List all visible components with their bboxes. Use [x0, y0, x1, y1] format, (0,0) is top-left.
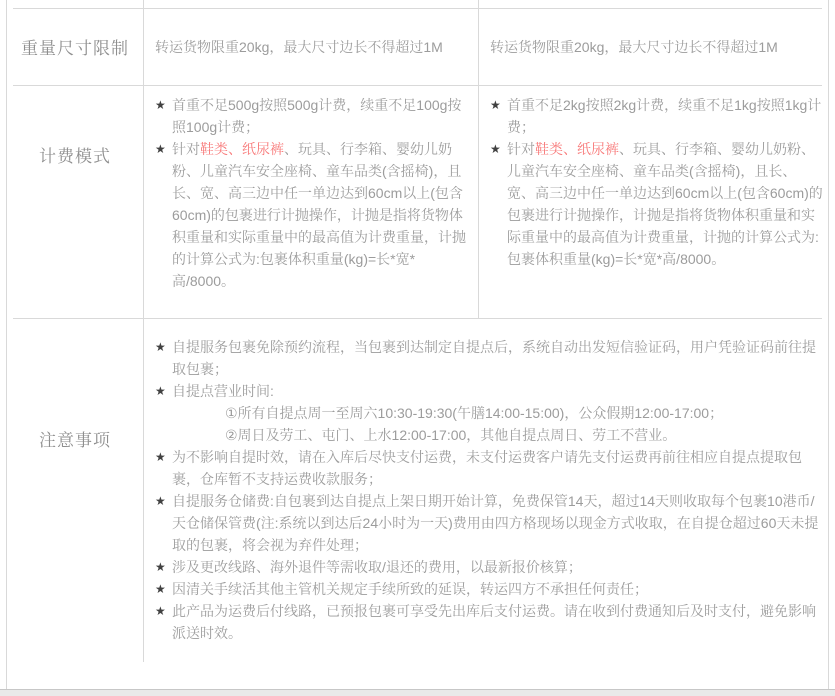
page-bottom-strip: [0, 690, 835, 696]
note-item: ★ 自提点营业时间:: [155, 380, 821, 402]
shipping-info-table: 重量尺寸限制 转运货物限重20kg，最大尺寸边长不得超过1M 转运货物限重20k…: [0, 0, 835, 696]
row-label-billing-mode: 计费模式: [7, 142, 143, 167]
star-icon: ★: [155, 94, 172, 116]
row-label-weight-limit: 重量尺寸限制: [7, 8, 143, 85]
billing-item-text: 首重不足2kg按照2kg计费，续重不足1kg按照1kg计费；: [507, 94, 823, 138]
billing-item-text: 针对鞋类、纸尿裤、玩具、行李箱、婴幼儿奶粉、儿童汽车安全座椅、童车品类(含摇椅)…: [507, 138, 823, 270]
note-item-text: 为不影响自提时效，请在入库后尽快支付运费，未支付运费客户请先支付运费再前往相应自…: [172, 446, 821, 490]
weight-limit-text: 转运货物限重20kg，最大尺寸边长不得超过1M: [490, 36, 778, 58]
label-column-divider: [143, 0, 144, 662]
star-icon: ★: [155, 600, 172, 622]
star-icon: ★: [155, 490, 172, 512]
table-right-border: [828, 0, 829, 689]
weight-limit-col2: 转运货物限重20kg，最大尺寸边长不得超过1M: [490, 8, 822, 85]
content-column-divider: [478, 0, 479, 318]
billing-item: ★ 首重不足500g按照500g计费，续重不足100g按照100g计费；: [155, 94, 472, 138]
text-part: 针对: [507, 141, 535, 157]
star-icon: ★: [155, 336, 172, 358]
note-item-text: 因清关手续活其他主管机关规定手续所致的延误，转运四方不承担任何责任；: [172, 578, 821, 600]
weight-limit-col1: 转运货物限重20kg，最大尺寸边长不得超过1M: [155, 8, 471, 85]
highlighted-categories: 鞋类、纸尿裤: [535, 141, 619, 157]
note-item-text: 此产品为运费后付线路，已预报包裹可享受先出库后支付运费。请在收到付费通知后及时支…: [172, 600, 821, 644]
billing-item: ★ 针对鞋类、纸尿裤、玩具、行李箱、婴幼儿奶粉、儿童汽车安全座椅、童车品类(含摇…: [155, 138, 472, 292]
note-item: ★ 自提服务仓储费:自包裹到达自提点上架日期开始计算，免费保管14天，超过14天…: [155, 490, 821, 556]
note-subitem: ②周日及劳工、屯门、上水12:00-17:00，其他自提点周日、劳工不营业。: [155, 424, 821, 446]
row-divider-2: [13, 318, 822, 319]
billing-item-text: 针对鞋类、纸尿裤、玩具、行李箱、婴幼儿奶粉、儿童汽车安全座椅、童车品类(含摇椅)…: [172, 138, 472, 292]
note-item: ★ 因清关手续活其他主管机关规定手续所致的延误，转运四方不承担任何责任；: [155, 578, 821, 600]
star-icon: ★: [155, 380, 172, 402]
note-item-text: 涉及更改线路、海外退件等需收取/退还的费用，以最新报价核算；: [172, 556, 821, 578]
note-item-text: 自提服务包裹免除预约流程，当包裹到达制定自提点后，系统自动出发短信验证码，用户凭…: [172, 336, 821, 380]
billing-col1: ★ 首重不足500g按照500g计费，续重不足100g按照100g计费； ★ 针…: [155, 94, 472, 292]
star-icon: ★: [155, 138, 172, 160]
note-item-text: 自提服务仓储费:自包裹到达自提点上架日期开始计算，免费保管14天，超过14天则收…: [172, 490, 821, 556]
star-icon: ★: [155, 556, 172, 578]
star-icon: ★: [155, 578, 172, 600]
note-item-text: 自提点营业时间:: [172, 380, 821, 402]
billing-item: ★ 针对鞋类、纸尿裤、玩具、行李箱、婴幼儿奶粉、儿童汽车安全座椅、童车品类(含摇…: [490, 138, 823, 270]
star-icon: ★: [155, 446, 172, 468]
note-item: ★ 此产品为运费后付线路，已预报包裹可享受先出库后支付运费。请在收到付费通知后及…: [155, 600, 821, 644]
table-left-border: [6, 0, 7, 689]
text-part: 、玩具、行李箱、婴幼儿奶粉、儿童汽车安全座椅、童车品类(含摇椅)，且长、宽、高三…: [507, 141, 823, 267]
notes-content: ★ 自提服务包裹免除预约流程，当包裹到达制定自提点后，系统自动出发短信验证码，用…: [155, 336, 821, 644]
star-icon: ★: [490, 138, 507, 160]
billing-item: ★ 首重不足2kg按照2kg计费，续重不足1kg按照1kg计费；: [490, 94, 823, 138]
note-item: ★ 自提服务包裹免除预约流程，当包裹到达制定自提点后，系统自动出发短信验证码，用…: [155, 336, 821, 380]
note-item: ★ 为不影响自提时效，请在入库后尽快支付运费，未支付运费客户请先支付运费再前往相…: [155, 446, 821, 490]
billing-item-text: 首重不足500g按照500g计费，续重不足100g按照100g计费；: [172, 94, 472, 138]
star-icon: ★: [490, 94, 507, 116]
note-subitem: ①所有自提点周一至周六10:30-19:30(午膳14:00-15:00)，公众…: [155, 402, 821, 424]
weight-limit-text: 转运货物限重20kg，最大尺寸边长不得超过1M: [155, 36, 443, 58]
highlighted-categories: 鞋类、纸尿裤: [200, 141, 284, 157]
note-item: ★ 涉及更改线路、海外退件等需收取/退还的费用，以最新报价核算；: [155, 556, 821, 578]
row-label-notes: 注意事项: [7, 426, 143, 451]
billing-col2: ★ 首重不足2kg按照2kg计费，续重不足1kg按照1kg计费； ★ 针对鞋类、…: [490, 94, 823, 270]
row-divider-1: [13, 85, 822, 86]
text-part: 、玩具、行李箱、婴幼儿奶粉、儿童汽车安全座椅、童车品类(含摇椅)，且长、宽、高三…: [172, 141, 466, 289]
text-part: 针对: [172, 141, 200, 157]
